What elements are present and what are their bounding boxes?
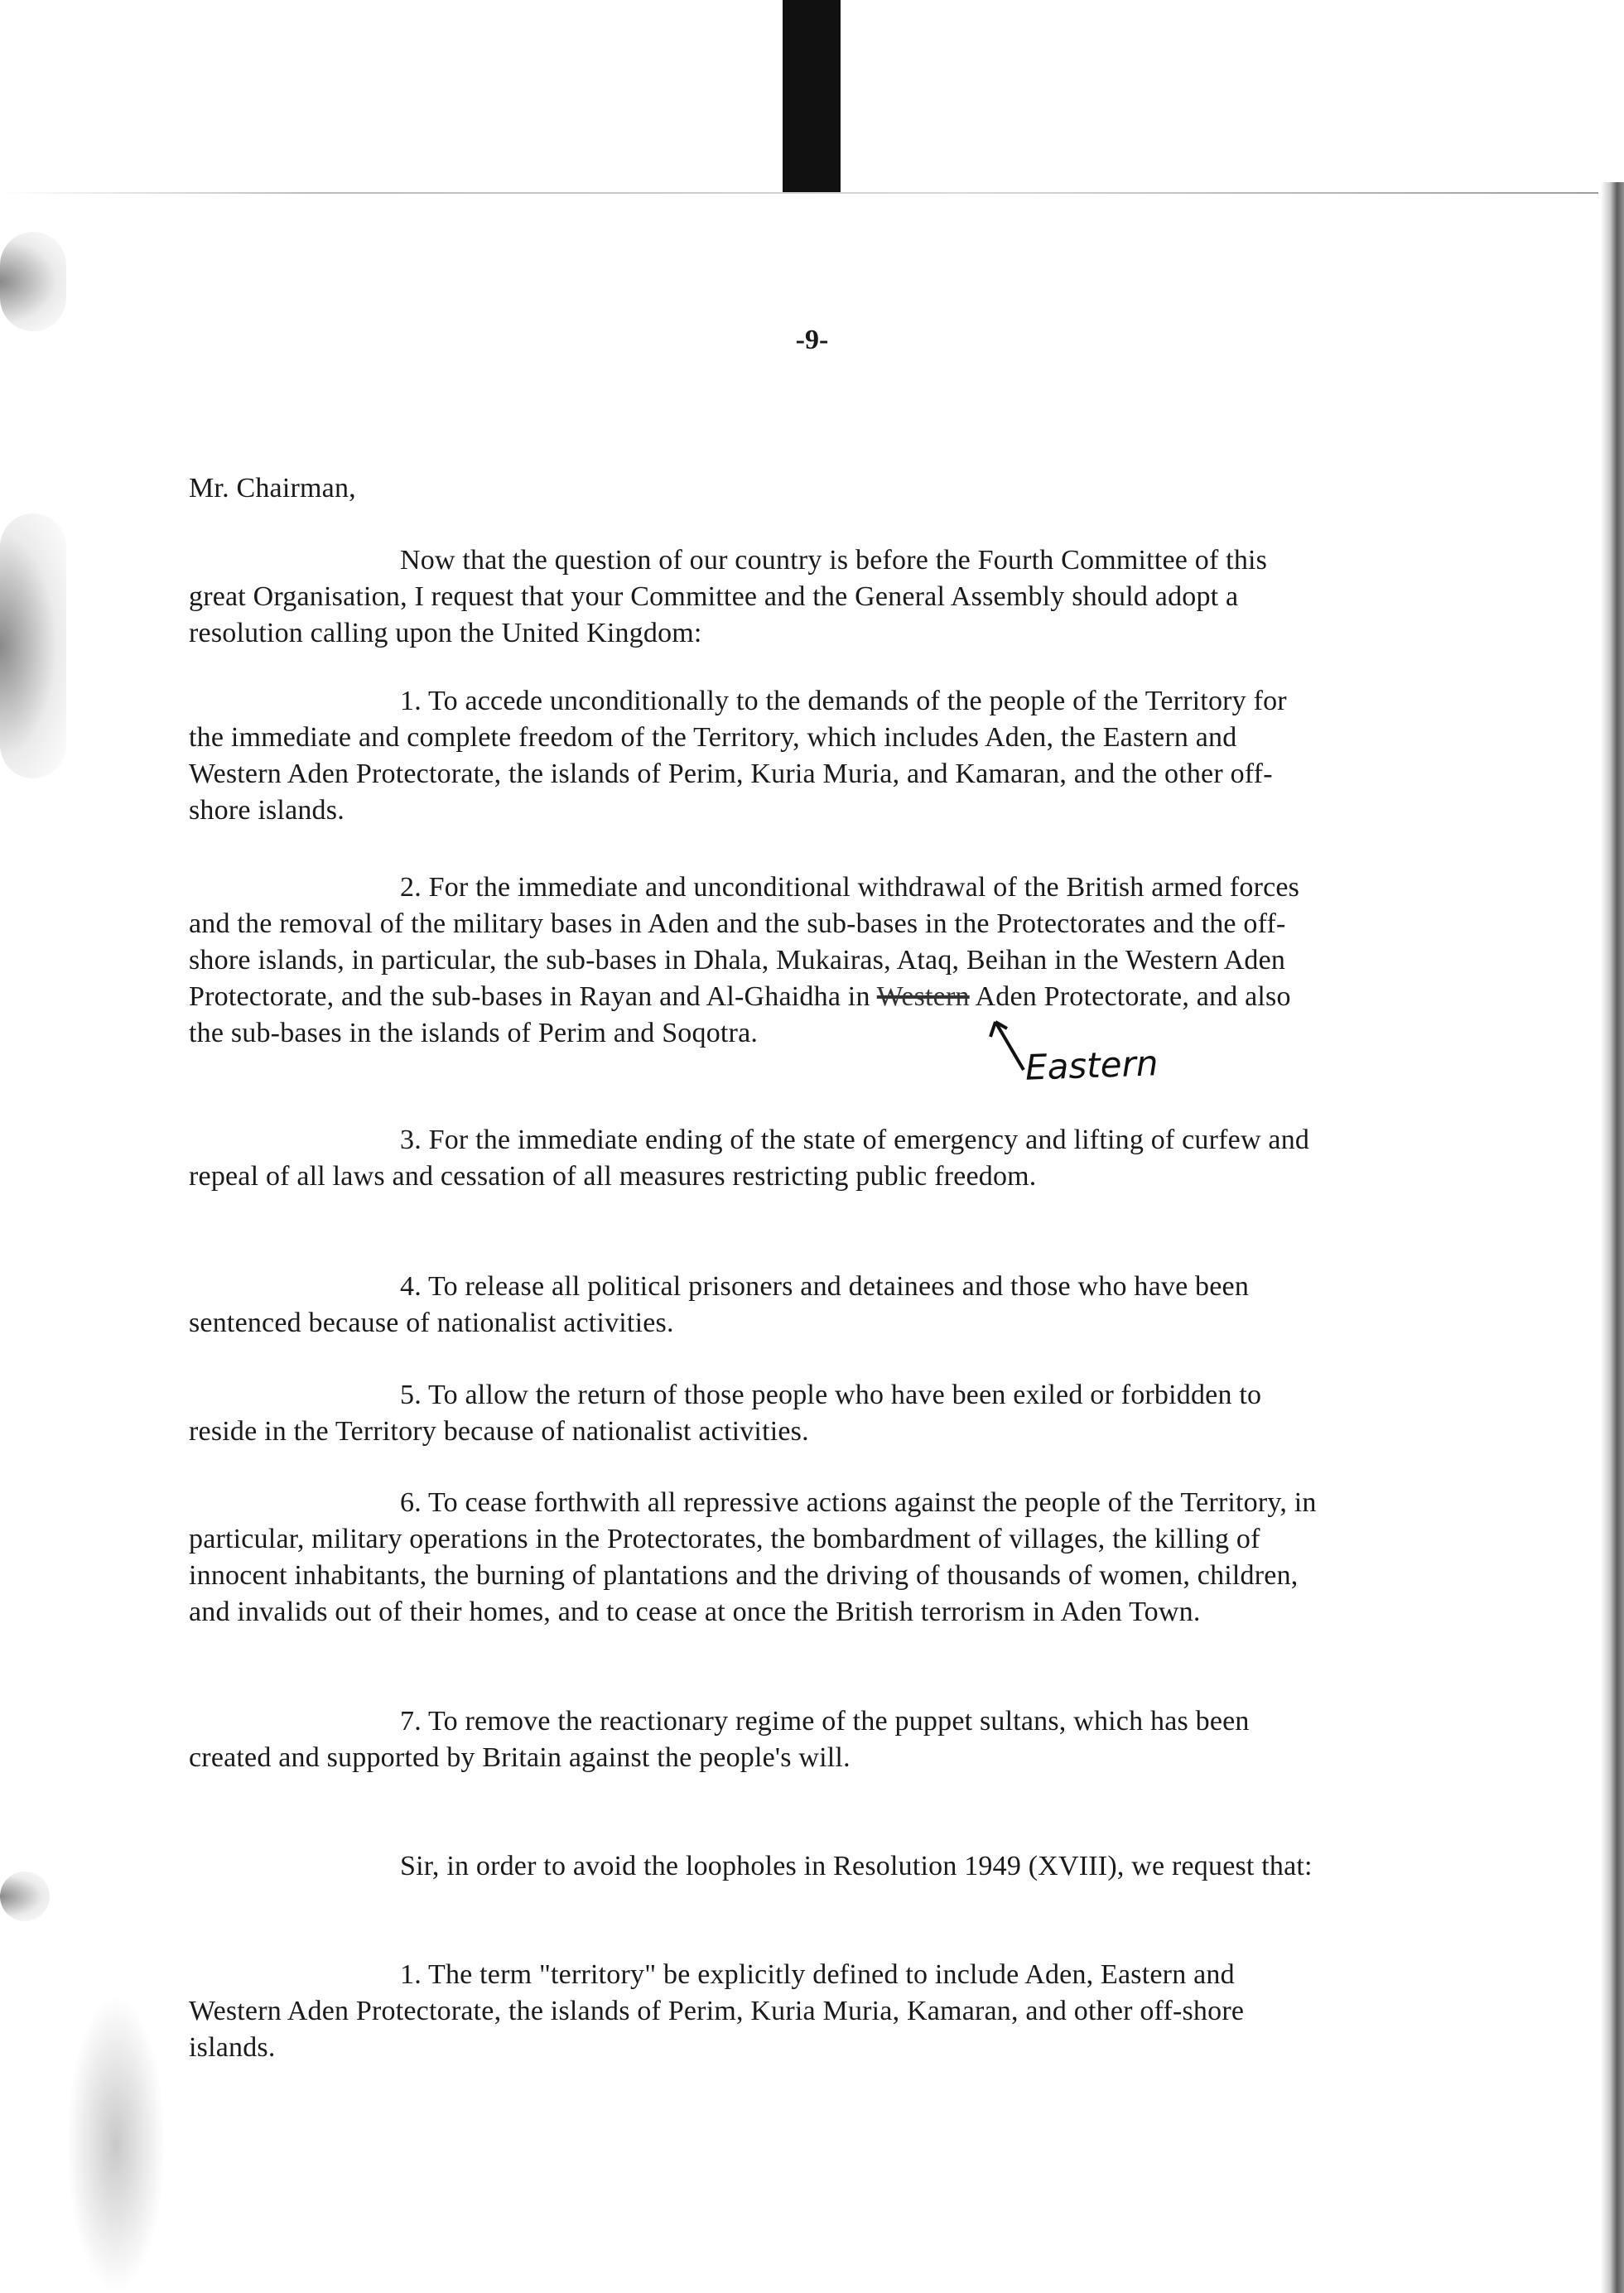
- demand-1: 1. To accede unconditionally to the dema…: [189, 683, 1325, 829]
- demand-6: 6. To cease forthwith all repressive act…: [189, 1485, 1325, 1631]
- demand-5: 5. To allow the return of those people w…: [189, 1377, 1325, 1450]
- handwritten-correction: Eastern: [1024, 1043, 1159, 1088]
- demand-4: 4. To release all political prisoners an…: [189, 1269, 1325, 1342]
- resolution-intro: Sir, in order to avoid the loopholes in …: [189, 1848, 1325, 1885]
- binder-clip: [783, 0, 841, 192]
- paper-top-edge: [0, 192, 1598, 194]
- struck-word: Western: [877, 981, 970, 1012]
- page-number: -9-: [0, 325, 1624, 356]
- paper-right-edge: [1601, 182, 1624, 2293]
- scan-smudge: [0, 513, 66, 778]
- salutation: Mr. Chairman,: [189, 470, 1325, 507]
- scan-smudge: [0, 232, 66, 331]
- demand-2: 2. For the immediate and unconditional w…: [189, 870, 1325, 1052]
- request-1: 1. The term "territory" be explicitly de…: [189, 1957, 1325, 2066]
- scan-smudge: [0, 1871, 50, 1921]
- intro-paragraph: Now that the question of our country is …: [189, 542, 1325, 652]
- demand-7: 7. To remove the reactionary regime of t…: [189, 1703, 1325, 1776]
- demand-3: 3. For the immediate ending of the state…: [189, 1122, 1325, 1195]
- scan-smudge: [66, 1995, 166, 2293]
